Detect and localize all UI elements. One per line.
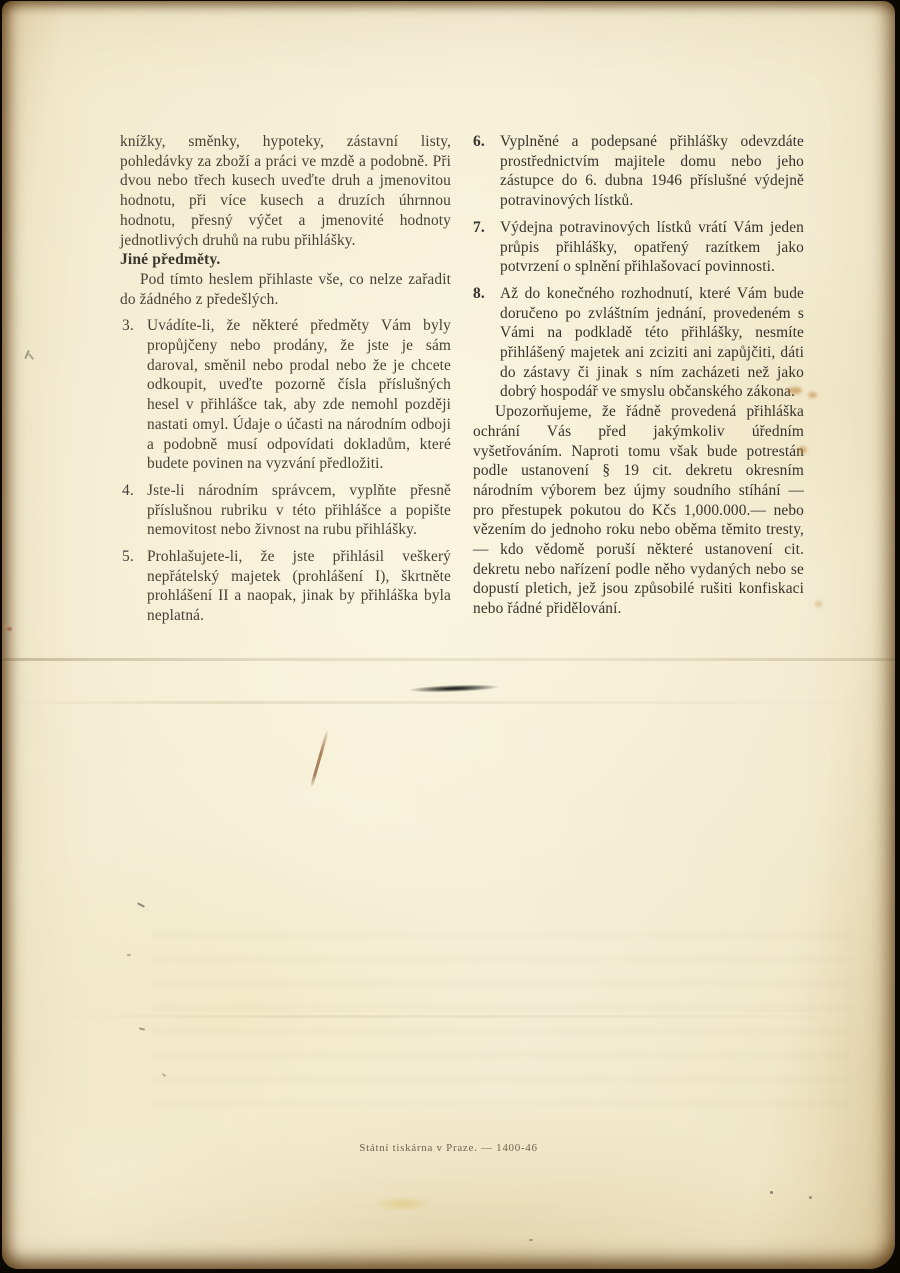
item-number: 3. [122, 316, 134, 336]
section-heading: Jiné předměty. [120, 250, 451, 270]
item-number: 8. [473, 284, 485, 304]
left-column: knížky, směnky, hypoteky, zástavní listy… [120, 132, 451, 626]
numbered-item-5: 5. Prohlašujete-li, že jste přihlásil ve… [120, 547, 451, 626]
item-text: Uvádíte-li, že některé předměty Vám byly… [147, 316, 451, 474]
paper-speck [809, 1196, 812, 1199]
printer-imprint: Státní tiskárna v Praze. — 1400-46 [2, 1142, 895, 1154]
scanned-document-page: knížky, směnky, hypoteky, zástavní listy… [2, 1, 895, 1269]
item-text: Výdejna potravinových lístků vrátí Vám j… [500, 218, 804, 277]
right-column: 6. Vyplněné a podepsané přihlášky odevzd… [473, 132, 804, 626]
foxing-stain [788, 387, 802, 394]
item-text: Jste-li národním správcem, vyplňte přesn… [147, 481, 451, 540]
warning-paragraph: Upozorňujeme, že řádně provedená přihláš… [473, 402, 804, 619]
paper-speck [127, 954, 131, 957]
paper-speck [529, 1239, 533, 1241]
reverse-side-ghosting [152, 931, 852, 1121]
numbered-item-8: 8. Až do konečného rozhodnutí, které Vám… [473, 284, 804, 402]
foxing-stain [808, 392, 817, 398]
numbered-item-3: 3. Uvádíte-li, že některé předměty Vám b… [120, 316, 451, 474]
numbered-item-7: 7. Výdejna potravinových lístků vrátí Vá… [473, 218, 804, 277]
foxing-stain [798, 446, 807, 454]
fold-crease-line [2, 1015, 895, 1018]
item-number: 7. [473, 218, 485, 238]
pencil-mark [28, 353, 34, 360]
pen-slash-mark [310, 731, 329, 787]
fold-crease-line [2, 701, 895, 704]
continuation-paragraph: knížky, směnky, hypoteky, zástavní listy… [120, 132, 451, 250]
item-text: Vyplněné a podepsané přihlášky odevzdáte… [500, 132, 804, 211]
paper-speck [770, 1191, 773, 1194]
item-text: Prohlašujete-li, že jste přihlásil veške… [147, 547, 451, 626]
numbered-item-4: 4. Jste-li národním správcem, vyplňte př… [120, 481, 451, 540]
paper-speck [139, 1027, 145, 1030]
yellow-stain [372, 1196, 432, 1212]
two-column-text-block: knížky, směnky, hypoteky, zástavní listy… [120, 132, 804, 626]
foxing-stain [815, 601, 822, 607]
edge-red-dot [7, 627, 12, 631]
item-number: 5. [122, 547, 134, 567]
numbered-item-6: 6. Vyplněné a podepsané přihlášky odevzd… [473, 132, 804, 211]
heading-paragraph: Pod tímto heslem přihlaste vše, co nelze… [120, 270, 451, 309]
item-number: 6. [473, 132, 485, 152]
item-number: 4. [122, 481, 134, 501]
paper-speck [137, 902, 145, 908]
fold-crease-line [2, 658, 895, 661]
item-text: Až do konečného rozhodnutí, které Vám bu… [500, 284, 804, 402]
ink-dash-mark [409, 683, 499, 693]
